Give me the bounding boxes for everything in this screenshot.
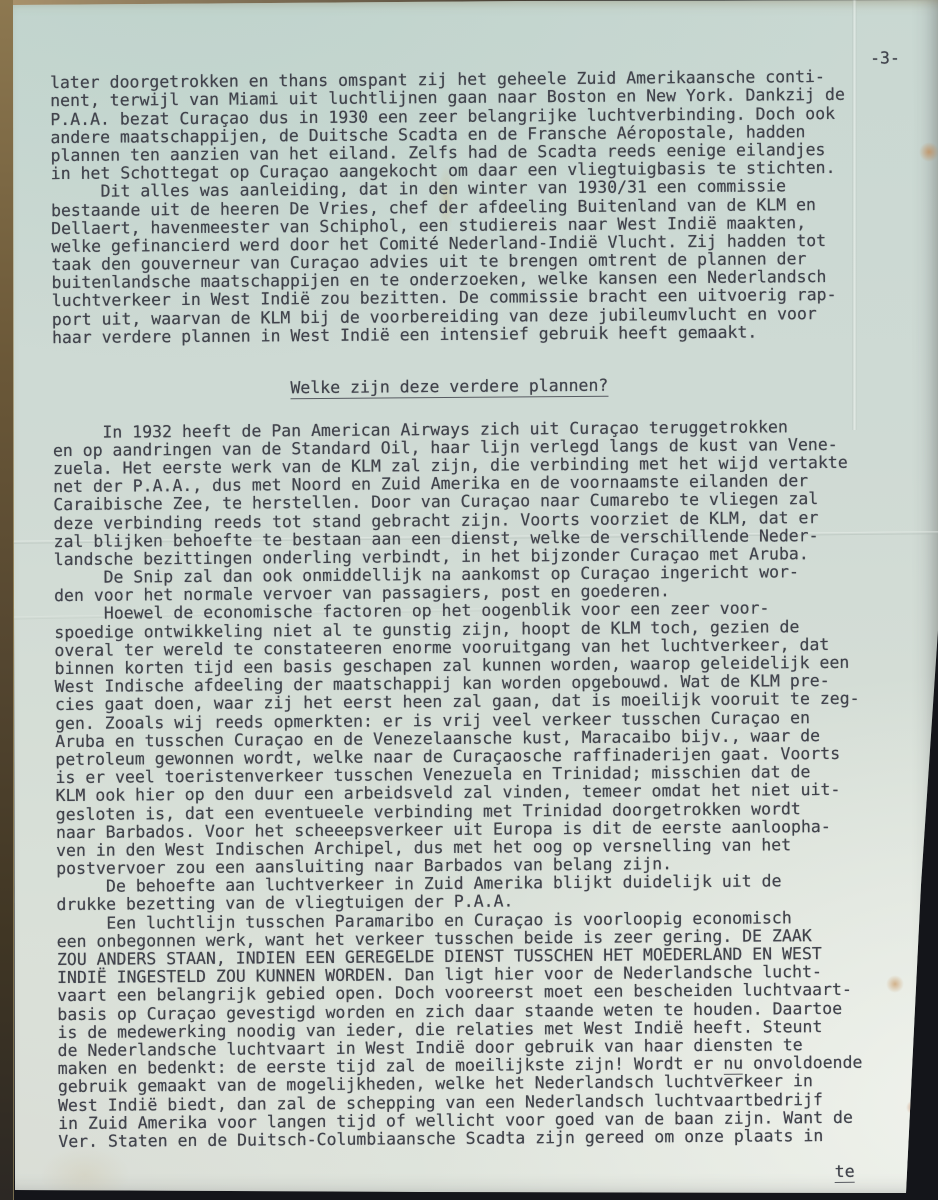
paper-sheet: -3-later doorgetrokken en thans omspant … xyxy=(0,0,938,1200)
scanned-document-page: -3-later doorgetrokken en thans omspant … xyxy=(0,0,938,1200)
text-block: -3-later doorgetrokken en thans omspant … xyxy=(0,0,938,1200)
underlined-text: Welke zijn deze verdere plannen? xyxy=(290,376,608,399)
section-heading: Welke zijn deze verdere plannen? xyxy=(2,374,938,400)
scan-edge-left xyxy=(0,0,14,1200)
underlined-text: te xyxy=(835,1162,855,1183)
